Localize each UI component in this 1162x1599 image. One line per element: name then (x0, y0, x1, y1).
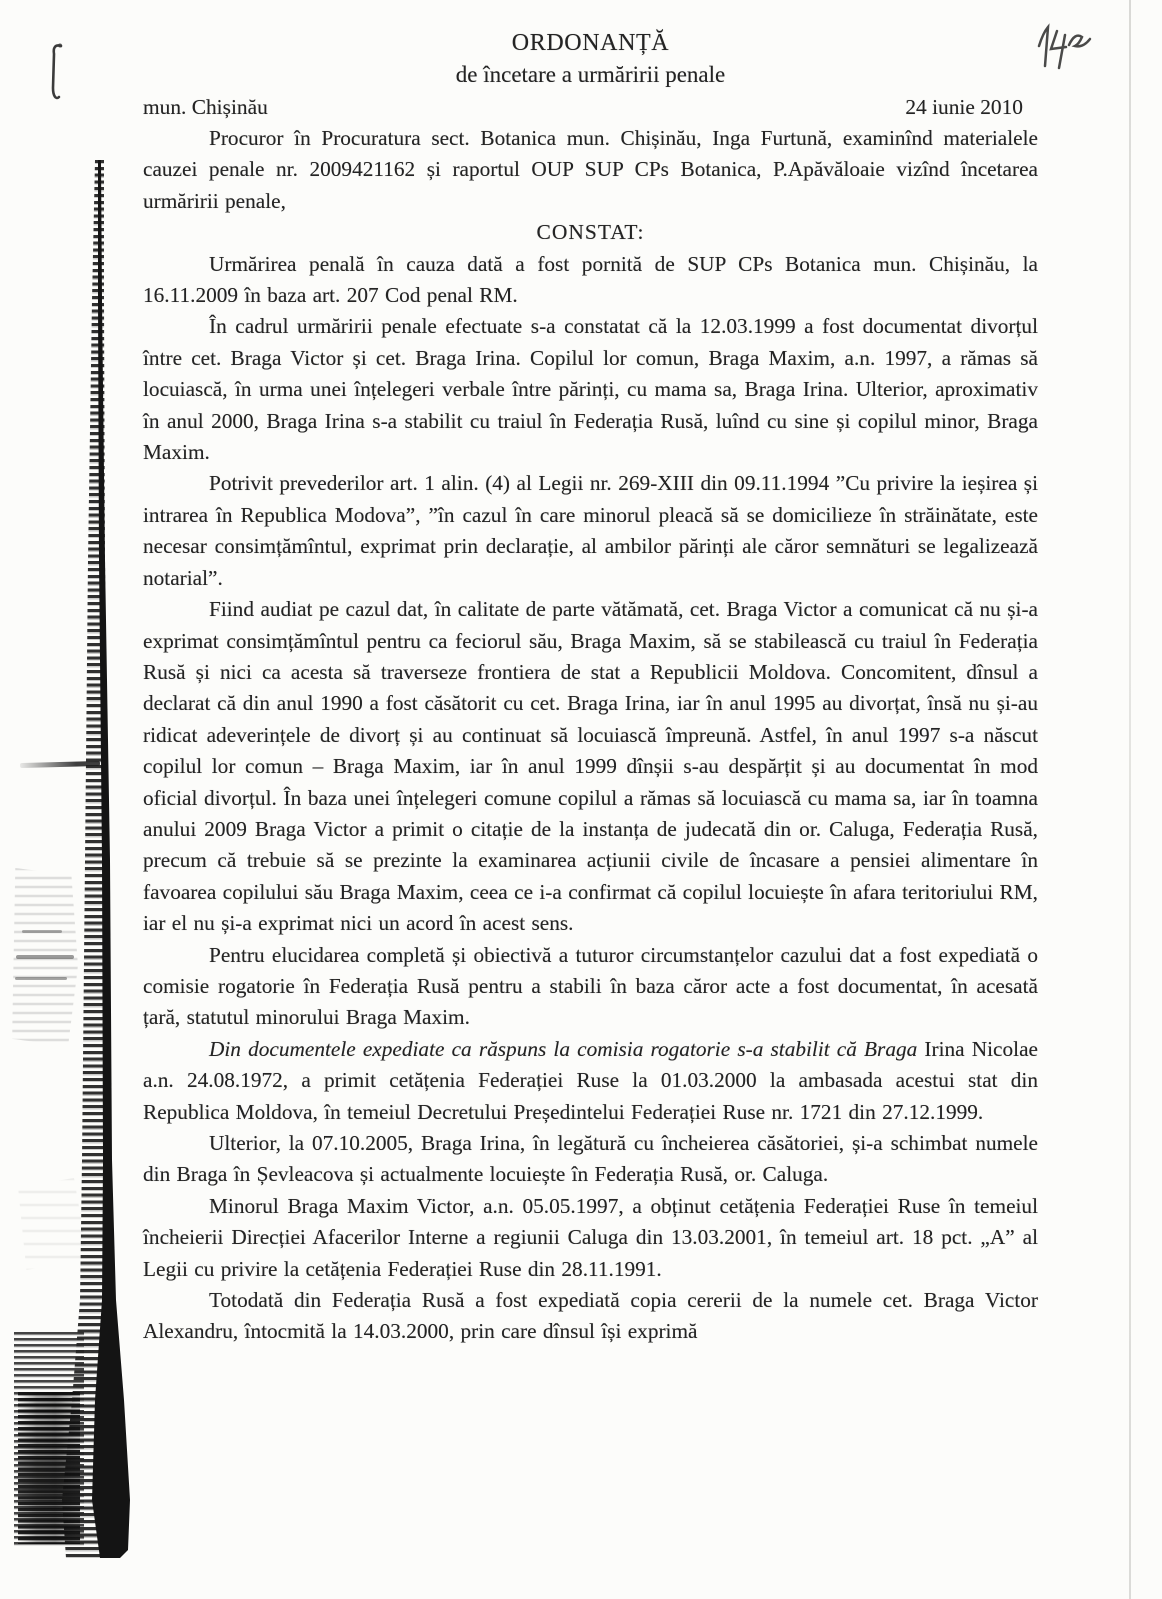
findings-paragraph: Din documentele expediate ca răspuns la … (143, 1034, 1038, 1128)
constat-heading: CONSTAT: (143, 217, 1038, 248)
document-body: ORDONANȚĂ de încetare a urmăririi penale… (143, 27, 1038, 1348)
dateline: mun. Chișinău 24 iunie 2010 (143, 92, 1038, 123)
body-paragraph: Pentru elucidarea completă și obiectivă … (143, 940, 1038, 1034)
scanned-document-page: ORDONANȚĂ de încetare a urmăririi penale… (0, 0, 1162, 1599)
smudge-dash (15, 977, 67, 980)
body-paragraph: În cadrul urmăririi penale efectuate s-a… (143, 311, 1038, 468)
document-title: ORDONANȚĂ (143, 27, 1038, 60)
closing-paragraph: Totodată din Federația Rusă a fost exped… (143, 1285, 1038, 1348)
document-place: mun. Chișinău (143, 92, 268, 123)
body-paragraph: Fiind audiat pe cazul dat, în calitate d… (143, 594, 1038, 939)
intro-paragraph: Procuror în Procuratura sect. Botanica m… (143, 123, 1038, 217)
smudge-dash (16, 955, 74, 959)
findings-italic-lead: Din documentele expediate ca răspuns la … (209, 1037, 917, 1061)
smudge-dash (22, 930, 62, 933)
left-margin-speckle-artifact (18, 1178, 88, 1270)
closing-paragraph: Minorul Braga Maxim Victor, a.n. 05.05.1… (143, 1191, 1038, 1285)
pen-stroke-mark-icon (44, 40, 68, 106)
bottom-left-dark-stripe-artifact (18, 1392, 80, 1544)
closing-paragraph: Ulterior, la 07.10.2005, Braga Irina, în… (143, 1128, 1038, 1191)
page-edge-scan-line (1129, 0, 1131, 1599)
document-date: 24 iunie 2010 (905, 92, 1023, 123)
body-paragraph: Urmărirea penală în cauza dată a fost po… (143, 249, 1038, 312)
body-paragraph: Potrivit prevederilor art. 1 alin. (4) a… (143, 468, 1038, 594)
document-subtitle: de încetare a urmăririi penale (143, 60, 1038, 90)
